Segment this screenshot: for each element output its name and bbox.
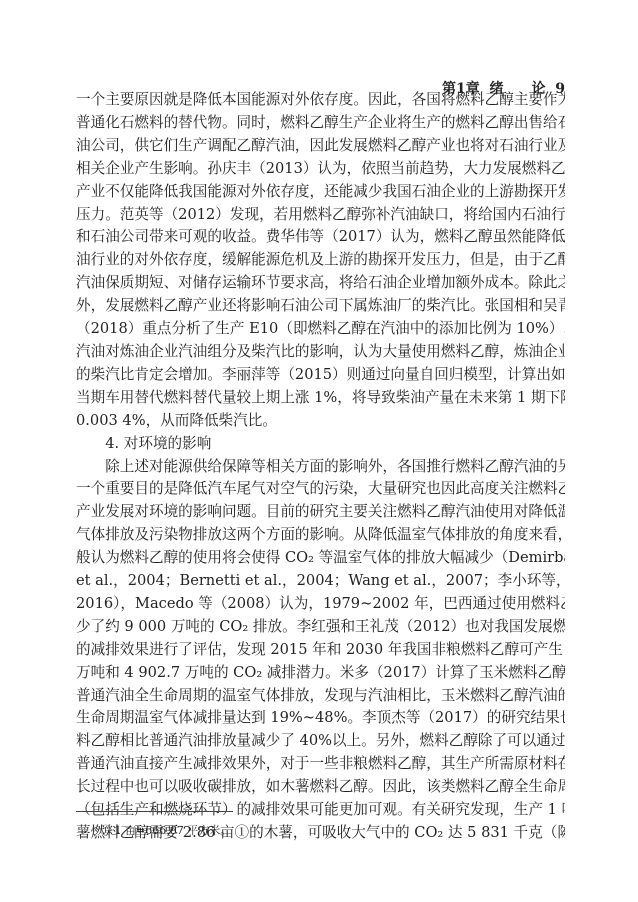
- body-text: 一个主要原因就是降低本国能源对外依存度。因此，各国将燃料乙醇主要作为 普通化石燃…: [76, 89, 565, 845]
- text-line: 当期车用替代燃料替代量较上期上涨 1%，将导致柴油产量在未来第 1 期下降: [76, 387, 565, 410]
- text-line: 相关企业产生影响。孙庆丰（2013）认为，依照当前趋势，大力发展燃料乙醇: [76, 158, 565, 181]
- footnote-divider: [76, 811, 233, 812]
- text-line: 汽油对炼油企业汽油组分及柴汽比的影响，认为大量使用燃料乙醇，炼油企业: [76, 341, 565, 364]
- text-line: 和石油公司带来可观的收益。费华伟等（2017）认为，燃料乙醇虽然能降低石: [76, 226, 565, 249]
- text-line: 产业不仅能降低我国能源对外依存度，还能减少我国石油企业的上游勘探开发: [76, 181, 565, 204]
- text-line: 少了约 9 000 万吨的 CO₂ 排放。李红强和王礼茂（2012）也对我国发展…: [76, 616, 565, 639]
- text-line: （2018）重点分析了生产 E10（即燃料乙醇在汽油中的添加比例为 10%）乙醇: [76, 318, 565, 341]
- text-line: 外，发展燃料乙醇产业还将影响石油公司下属炼油厂的柴汽比。张国相和吴青: [76, 295, 565, 318]
- text-line: 般认为燃料乙醇的使用将会使得 CO₂ 等温室气体的排放大幅减少（Demirbas: [76, 547, 565, 570]
- text-line: 的柴汽比肯定会增加。李丽萍等（2015）则通过向量自回归模型，计算出如果: [76, 364, 565, 387]
- text-line: 产业发展对环境的影响问题。目前的研究主要关注燃料乙醇汽油使用对降低温室: [76, 501, 565, 524]
- paragraph-continued: 一个主要原因就是降低本国能源对外依存度。因此，各国将燃料乙醇主要作为 普通化石燃…: [76, 89, 565, 433]
- text-line: et al.，2004；Bernetti et al.，2004；Wang et…: [76, 570, 565, 593]
- text-line: 压力。范英等（2012）发现，若用燃料乙醇弥补汽油缺口，将给国内石油行业: [76, 204, 565, 227]
- section-heading: 4. 对环境的影响: [76, 433, 565, 456]
- text-line: 除上述对能源供给保障等相关方面的影响外，各国推行燃料乙醇汽油的另外: [76, 456, 565, 479]
- text-line: 万吨和 4 902.7 万吨的 CO₂ 减排潜力。米多（2017）计算了玉米燃料…: [76, 662, 565, 685]
- text-line: 油公司，供它们生产调配乙醇汽油，因此发展燃料乙醇产业也将对石油行业及: [76, 135, 565, 158]
- text-line: 油行业的对外依存度，缓解能源危机及上游的勘探开发压力，但是，由于乙醇: [76, 249, 565, 272]
- text-line: 一个主要原因就是降低本国能源对外依存度。因此，各国将燃料乙醇主要作为: [76, 89, 565, 112]
- text-line: 普通化石燃料的替代物。同时，燃料乙醇生产企业将生产的燃料乙醇出售给石: [76, 112, 565, 135]
- text-line: 普通汽油直接产生减排效果外，对于一些非粮燃料乙醇，其生产所需原材料在生: [76, 753, 565, 776]
- text-line: 气体排放及污染物排放这两个方面的影响。从降低温室气体排放的角度来看，一: [76, 524, 565, 547]
- text-line: 0.003 4%，从而降低柴汽比。: [76, 410, 565, 433]
- text-line: 料乙醇相比普通汽油排放量减少了 40%以上。另外，燃料乙醇除了可以通过替代: [76, 730, 565, 753]
- text-line: 的减排效果进行了评估，发现 2015 年和 2030 年我国非粮燃料乙醇可产生 …: [76, 639, 565, 662]
- footnote: ① 1 亩=666.67 平方米。: [100, 822, 231, 838]
- text-line: 2016），Macedo 等（2008）认为，1979~2002 年，巴西通过使…: [76, 593, 565, 616]
- text-line: 长过程中也可以吸收碳排放，如木薯燃料乙醇。因此，该类燃料乙醇全生命周期: [76, 776, 565, 799]
- text-line: 汽油保质期短、对储存运输环节要求高，将给石油企业增加额外成本。除此之: [76, 272, 565, 295]
- paragraph-environment: 除上述对能源供给保障等相关方面的影响外，各国推行燃料乙醇汽油的另外 一个重要目的…: [76, 456, 565, 845]
- text-line: 普通汽油全生命周期的温室气体排放，发现与汽油相比，玉米燃料乙醇汽油的全: [76, 685, 565, 708]
- text-line: 一个重要目的是降低汽车尾气对空气的污染，大量研究也因此高度关注燃料乙醇: [76, 478, 565, 501]
- text-line: 生命周期温室气体减排量达到 19%~48%。李顶杰等（2017）的研究结果也认为…: [76, 707, 565, 730]
